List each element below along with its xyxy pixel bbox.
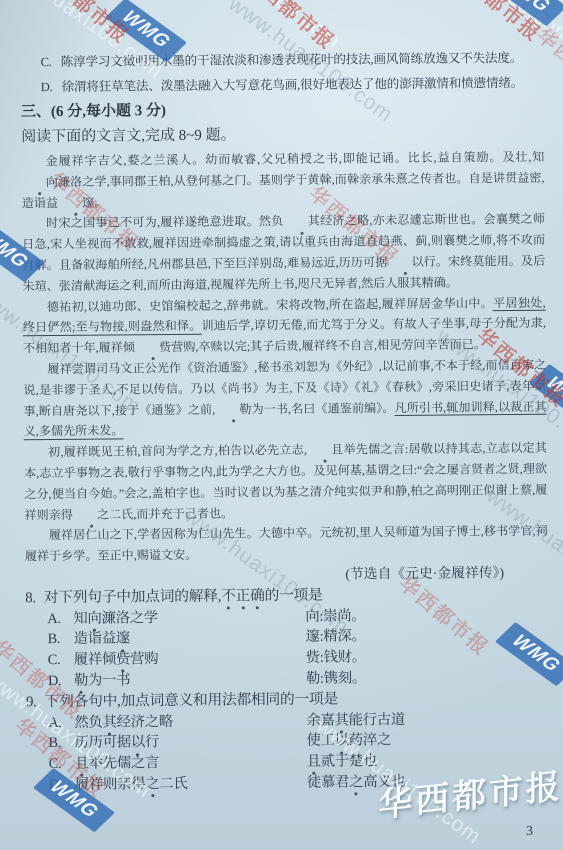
- option-label: D.: [49, 775, 75, 796]
- option-phrase: 履祥则亲得之二氏: [75, 773, 307, 796]
- question-8: 8.对下列句子中加点词的解释,不正确的一项是 A.知向濂洛之学向:崇尚。 B.造…: [25, 583, 549, 692]
- option-label: B.: [47, 629, 73, 650]
- option-label: A.: [48, 712, 74, 733]
- option-phrase: 知向濂洛之学: [73, 606, 305, 629]
- option-label: C.: [40, 55, 51, 69]
- page-number: 3: [526, 824, 533, 840]
- option-gloss: 向:崇尚。: [305, 604, 548, 627]
- option-label: C.: [48, 650, 74, 671]
- option-gloss: 赀:钱财。: [306, 646, 549, 669]
- option-gloss: 邃:精深。: [305, 625, 548, 648]
- passage-paragraph: 时宋之国事已不可为,履祥遂绝意进取。然负其经济之略,亦未忍遽忘斯世也。会襄樊之师…: [22, 209, 546, 297]
- option-phrase: 且举先儒之言: [75, 752, 307, 775]
- page-content: C.陈淳学习文徵明用水墨的干湿浓淡和渗透表现花叶的技法,画风简练放逸又不失法度。…: [0, 0, 563, 796]
- passage-paragraph: 履祥居仁山之下,学者因称为仁山先生。大德中卒。元统初,里人吴师道为国子博士,移书…: [25, 521, 548, 567]
- option-label: A.: [47, 608, 73, 629]
- option-label: B.: [48, 733, 74, 754]
- option-label: D.: [41, 80, 53, 94]
- passage-paragraph: 履祥尝谓司马文正公光作《资治通鉴》,秘书丞刘恕为《外纪》,以记前事,不本于经,而…: [23, 355, 547, 443]
- passage-paragraph: 金履祥字吉父,婺之兰溪人。幼而敏睿,父兄稍授之书,即能记诵。比长,益自策励。及壮…: [21, 147, 545, 214]
- classical-passage: 金履祥字吉父,婺之兰溪人。幼而敏睿,父兄稍授之书,即能记诵。比长,益自策励。及壮…: [21, 147, 548, 567]
- scanned-exam-page: C.陈淳学习文徵明用水墨的干湿浓淡和渗透表现花叶的技法,画风简练放逸又不失法度。…: [0, 0, 563, 850]
- option-phrase: 勒为一书: [74, 669, 306, 692]
- question-number: 9.: [26, 694, 37, 710]
- option-text: 徐渭将狂草笔法、泼墨法融入大写意花鸟画,很好地表达了他的澎湃激情和愤懑情绪。: [62, 76, 524, 94]
- option-label: D.: [48, 671, 74, 692]
- option-text: 陈淳学习文徵明用水墨的干湿浓淡和渗透表现花叶的技法,画风简练放逸又不失法度。: [61, 51, 523, 69]
- option-gloss: 勒:镌刻。: [306, 667, 549, 690]
- prev-question-option-d: D.徐渭将狂草笔法、泼墨法融入大写意花鸟画,很好地表达了他的澎湃激情和愤懑情绪。: [21, 71, 544, 101]
- passage-paragraph: 德祐初,以迪功郎、史馆编校起之,辞弗就。宋将改物,所在盗起,履祥屏居金华山中。平…: [23, 292, 547, 359]
- option-comparison: 余嘉其能行古道: [306, 708, 549, 731]
- section-intro: 阅读下面的文言文,完成 8~9 题。: [21, 121, 544, 151]
- option-label: C.: [49, 754, 75, 775]
- option-phrase: 履祥倾赀营购: [74, 648, 306, 671]
- question-number: 8.: [25, 590, 36, 606]
- question-stem-text: 下列各句中,加点词意义和用法都相同的一项是: [45, 691, 338, 710]
- option-phrase: 然负其经济之略: [74, 710, 306, 733]
- passage-paragraph: 初,履祥既见王柏,首问为学之方,柏告以必先立志,且举先儒之言:居敬以持其志,立志…: [24, 438, 548, 526]
- option-phrase: 造诣益邃: [73, 627, 305, 650]
- option-comparison: 使工以药淬之: [306, 729, 549, 752]
- question-stem-text: 对下列句子中加点词的解释,不正确的一项是: [44, 587, 323, 605]
